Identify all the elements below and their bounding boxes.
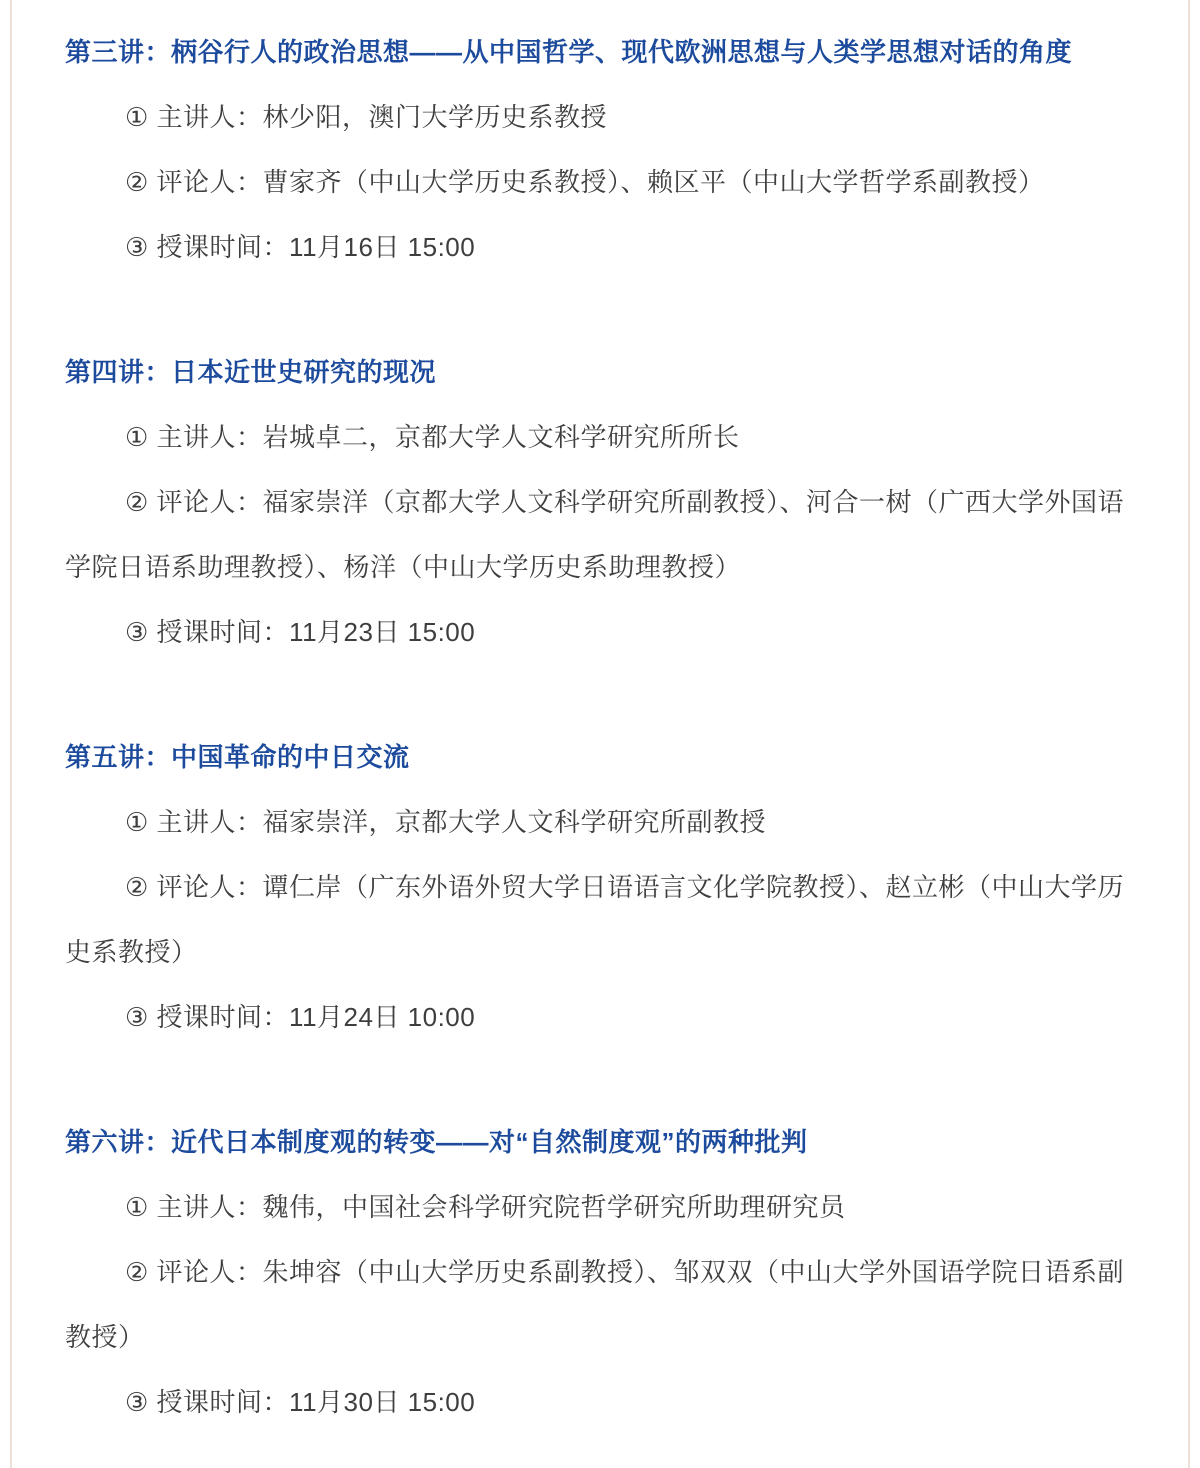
lecture-title: 第五讲：中国革命的中日交流 (65, 725, 1135, 790)
lecture-section-6: 第六讲：近代日本制度观的转变——对“自然制度观”的两种批判 ① 主讲人：魏伟，中… (65, 1110, 1135, 1435)
lecture-speaker-line: ① 主讲人：福家崇洋，京都大学人文科学研究所副教授 (65, 790, 1135, 855)
lecture-time-line: ③ 授课时间：11月23日 15:00 (65, 600, 1135, 665)
lecture-section-4: 第四讲：日本近世史研究的现况 ① 主讲人：岩城卓二，京都大学人文科学研究所所长 … (65, 340, 1135, 665)
lecture-commentators-line: ② 评论人：朱坤容（中山大学历史系副教授）、邹双双（中山大学外国语学院日语系副教… (65, 1240, 1135, 1370)
lecture-section-5: 第五讲：中国革命的中日交流 ① 主讲人：福家崇洋，京都大学人文科学研究所副教授 … (65, 725, 1135, 1050)
lecture-section-3: 第三讲：柄谷行人的政治思想——从中国哲学、现代欧洲思想与人类学思想对话的角度 ①… (65, 20, 1135, 280)
lecture-time-line: ③ 授课时间：11月16日 15:00 (65, 215, 1135, 280)
article-page: 第三讲：柄谷行人的政治思想——从中国哲学、现代欧洲思想与人类学思想对话的角度 ①… (0, 0, 1200, 1468)
lecture-commentators-line: ② 评论人：谭仁岸（广东外语外贸大学日语语言文化学院教授）、赵立彬（中山大学历史… (65, 855, 1135, 985)
lecture-time-line: ③ 授课时间：11月24日 10:00 (65, 985, 1135, 1050)
lecture-speaker-line: ① 主讲人：魏伟，中国社会科学研究院哲学研究所助理研究员 (65, 1175, 1135, 1240)
article-content: 第三讲：柄谷行人的政治思想——从中国哲学、现代欧洲思想与人类学思想对话的角度 ①… (10, 0, 1190, 1468)
lecture-speaker-line: ① 主讲人：岩城卓二，京都大学人文科学研究所所长 (65, 405, 1135, 470)
lecture-title: 第六讲：近代日本制度观的转变——对“自然制度观”的两种批判 (65, 1110, 1135, 1175)
lecture-commentators-line: ② 评论人：福家崇洋（京都大学人文科学研究所副教授）、河合一树（广西大学外国语学… (65, 470, 1135, 600)
lecture-title: 第四讲：日本近世史研究的现况 (65, 340, 1135, 405)
lecture-speaker-line: ① 主讲人：林少阳，澳门大学历史系教授 (65, 85, 1135, 150)
lecture-time-line: ③ 授课时间：11月30日 15:00 (65, 1370, 1135, 1435)
lecture-title: 第三讲：柄谷行人的政治思想——从中国哲学、现代欧洲思想与人类学思想对话的角度 (65, 20, 1135, 85)
lecture-commentators-line: ② 评论人：曹家齐（中山大学历史系教授）、赖区平（中山大学哲学系副教授） (65, 150, 1135, 215)
